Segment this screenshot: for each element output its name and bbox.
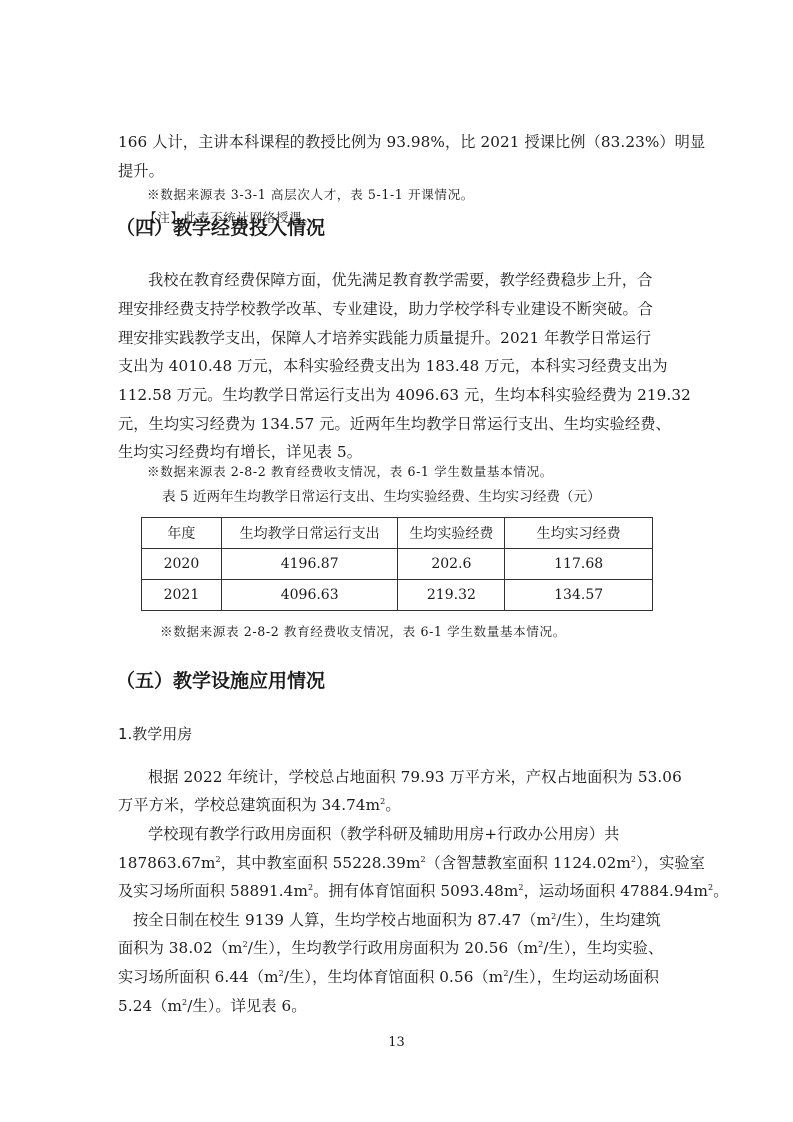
text-span: /生），生均教学行政用房面积为 20.56（m [248, 939, 538, 957]
text-span: 187863.67m [118, 854, 216, 872]
table-cell: 219.32 [398, 580, 505, 611]
body-text-line: 根据 2022 年统计，学校总占地面积 79.93 万平方米，产权占地面积为 5… [148, 767, 682, 787]
text-span: （含智慧教室面积 1124.02m [426, 854, 631, 872]
table-header-cell: 年度 [142, 518, 222, 549]
table-header-cell: 生均实习经费 [505, 518, 653, 549]
body-text-line: 生均实习经费均有增长，详见表 5。 [118, 442, 362, 462]
text-span: 万平方米，学校总建筑面积为 34.74m [118, 796, 380, 814]
table-header-cell: 生均教学日常运行支出 [221, 518, 398, 549]
table-cell: 202.6 [398, 549, 505, 580]
table-cell: 2021 [142, 580, 222, 611]
text-span: 及实习场所面积 58891.4m [118, 882, 308, 900]
body-text-line: 112.58 万元。生均教学日常运行支出为 4096.63 元，生均本科实验经费… [118, 385, 691, 405]
body-text-line: 实习场所面积 6.44（m2/生），生均体育馆面积 0.56（m2/生），生均运… [118, 967, 659, 987]
table-header-cell: 生均实验经费 [398, 518, 505, 549]
text-span: 5.24（m [118, 997, 182, 1015]
table-header-row: 年度 生均教学日常运行支出 生均实验经费 生均实习经费 [142, 518, 653, 549]
body-text-line: 187863.67m2，其中教室面积 55228.39m2（含智慧教室面积 11… [118, 853, 705, 873]
table-caption: 表 5 近两年生均教学日常运行支出、生均实验经费、生均实习经费（元） [162, 488, 601, 506]
text-span: ，其中教室面积 55228.39m [221, 854, 421, 872]
text-span: 。拥有体育馆面积 5093.48m [313, 882, 518, 900]
table-row: 2021 4096.63 219.32 134.57 [142, 580, 653, 611]
body-text-line: 166 人计，主讲本科课程的教授比例为 93.98%，比 2021 授课比例（8… [118, 132, 705, 152]
body-text-line: 按全日制在校生 9139 人算，生均学校占地面积为 87.47（m2/生），生均… [133, 910, 661, 930]
table-cell: 2020 [142, 549, 222, 580]
document-page: 166 人计，主讲本科课程的教授比例为 93.98%，比 2021 授课比例（8… [0, 0, 793, 1122]
table-cell: 134.57 [505, 580, 653, 611]
text-span: /生），生均运动场面积 [509, 968, 660, 986]
subsection-heading: 1.教学用房 [118, 724, 192, 744]
text-span: 面积为 38.02（m [118, 939, 243, 957]
body-text-line: 万平方米，学校总建筑面积为 34.74m2。 [118, 795, 401, 815]
body-text-line: 提升。 [118, 161, 164, 181]
table-cell: 4096.63 [221, 580, 398, 611]
body-text-line: 理安排经费支持学校教学改革、专业建设，助力学校学科专业建设不断突破。合 [118, 299, 653, 319]
source-note: ※数据来源表 2-8-2 教育经费收支情况，表 6-1 学生数量基本情况。 [147, 463, 553, 481]
text-span: 实习场所面积 6.44（m [118, 968, 279, 986]
section-heading: （五）教学设施应用情况 [116, 669, 325, 693]
table-cell: 117.68 [505, 549, 653, 580]
body-text-line: 元，生均实习经费为 134.57 元。近两年生均教学日常运行支出、生均实验经费、 [118, 414, 671, 434]
page-number: 13 [0, 1035, 793, 1050]
body-text-line: 面积为 38.02（m2/生），生均教学行政用房面积为 20.56（m2/生），… [118, 938, 663, 958]
text-span: 按全日制在校生 9139 人算，生均学校占地面积为 87.47（m [133, 911, 551, 929]
body-text-line: 5.24（m2/生）。详见表 6。 [118, 996, 307, 1016]
text-span: /生），生均实验、 [543, 939, 663, 957]
body-text-line: 学校现有教学行政用房面积（教学科研及辅助用房+行政办公用房）共 [148, 824, 619, 844]
table-cell: 4196.87 [221, 549, 398, 580]
text-span: /生）。详见表 6。 [187, 997, 306, 1015]
section-heading: （四）教学经费投入情况 [116, 216, 325, 240]
expense-table: 年度 生均教学日常运行支出 生均实验经费 生均实习经费 2020 4196.87… [141, 517, 653, 611]
table-source-note: ※数据来源表 2-8-2 教育经费收支情况，表 6-1 学生数量基本情况。 [160, 623, 566, 641]
text-span: 。 [385, 796, 400, 814]
body-text-line: 支出为 4010.48 万元，本科实验经费支出为 183.48 万元，本科实习经… [118, 356, 668, 376]
text-span: ），实验室 [636, 854, 705, 872]
table-row: 2020 4196.87 202.6 117.68 [142, 549, 653, 580]
body-text-line: 我校在教育经费保障方面，优先满足教育教学需要，教学经费稳步上升，合 [148, 270, 653, 290]
body-text-line: 及实习场所面积 58891.4m2。拥有体育馆面积 5093.48m2，运动场面… [118, 881, 729, 901]
source-note: ※数据来源表 3-3-1 高层次人才，表 5-1-1 开课情况。 [147, 186, 474, 204]
body-text-line: 理安排实践教学支出，保障人才培养实践能力质量提升。2021 年教学日常运行 [118, 328, 651, 348]
text-span: ，运动场面积 47884.94m [524, 882, 708, 900]
text-span: /生），生均建筑 [556, 911, 661, 929]
text-span: /生），生均体育馆面积 0.56（m [284, 968, 503, 986]
text-span: 。 [713, 882, 728, 900]
